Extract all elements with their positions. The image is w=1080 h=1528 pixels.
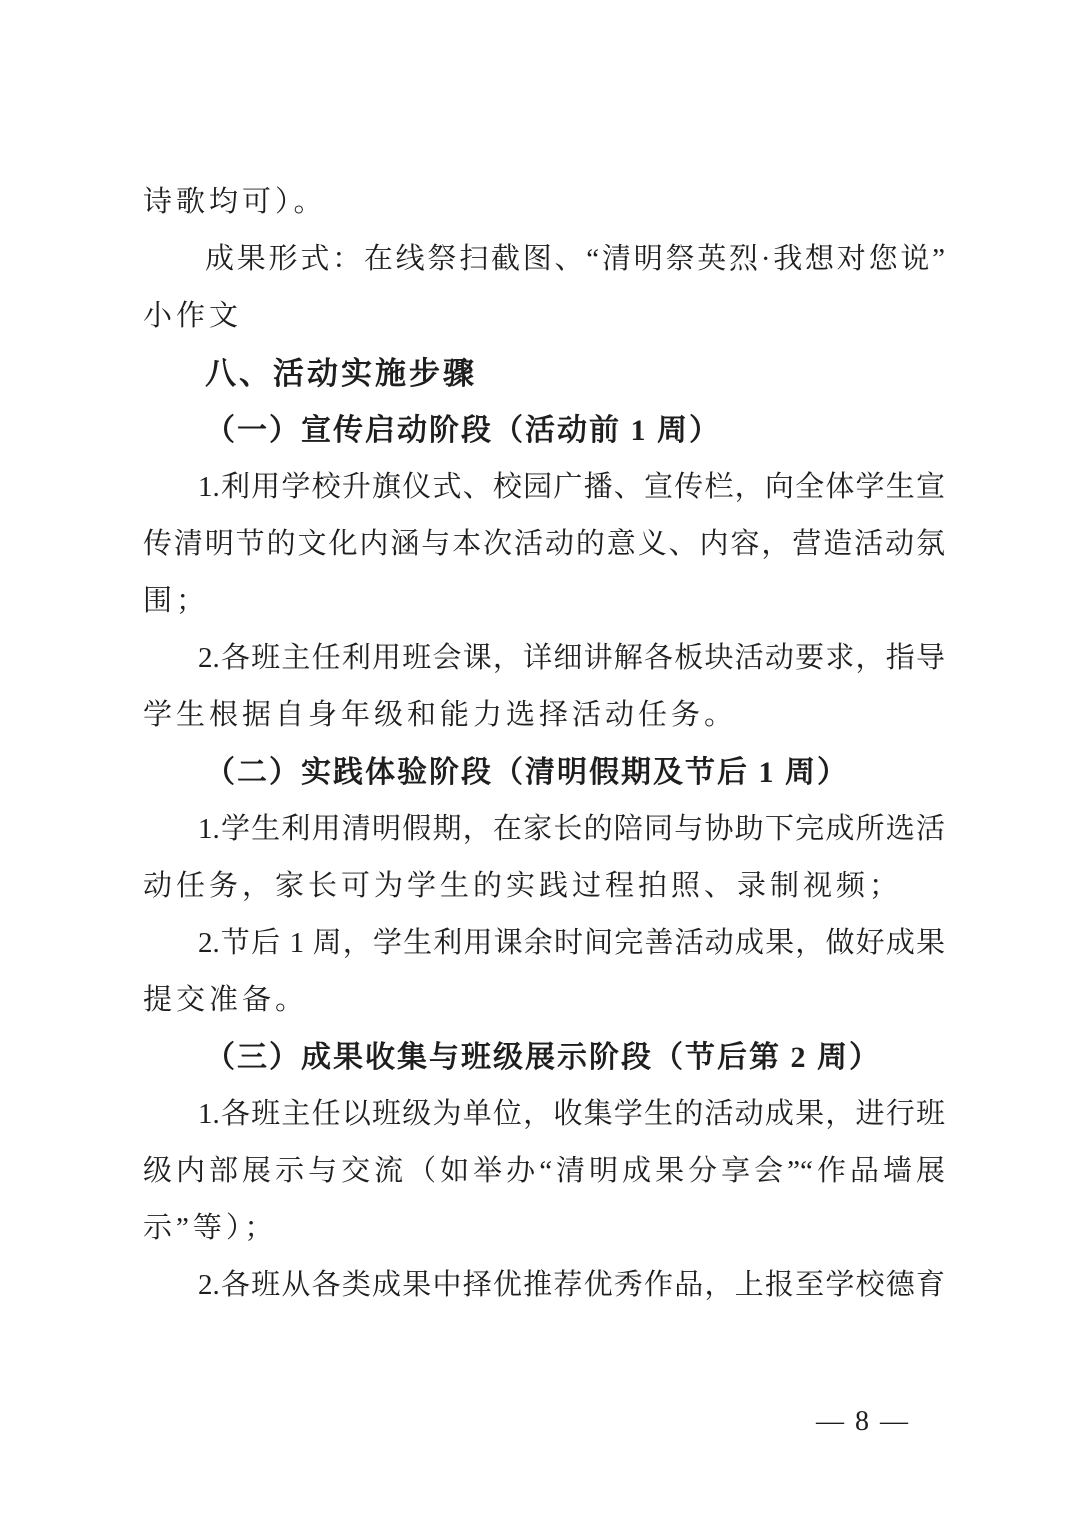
text-line: 2.节后 1 周，学生利用课余时间完善活动成果，做好成果: [143, 915, 945, 972]
text-line: 诗歌均可）。: [143, 174, 945, 231]
text-line: （二）实践体验阶段（清明假期及节后 1 周）: [143, 744, 945, 801]
text-line: 2.各班主任利用班会课，详细讲解各板块活动要求，指导: [143, 630, 945, 687]
text-line: （一）宣传启动阶段（活动前 1 周）: [143, 402, 945, 459]
text-line: 示”等）；: [143, 1200, 945, 1257]
text-line: 学生根据自身年级和能力选择活动任务。: [143, 687, 945, 744]
document-body: 诗歌均可）。成果形式：在线祭扫截图、“清明祭英烈·我想对您说”小作文八、活动实施…: [143, 174, 945, 1314]
document-page: 诗歌均可）。成果形式：在线祭扫截图、“清明祭英烈·我想对您说”小作文八、活动实施…: [0, 0, 1080, 1528]
text-line: 动任务，家长可为学生的实践过程拍照、录制视频；: [143, 858, 945, 915]
page-number: — 8 —: [763, 1398, 963, 1446]
text-line: （三）成果收集与班级展示阶段（节后第 2 周）: [143, 1029, 945, 1086]
text-line: 1.各班主任以班级为单位，收集学生的活动成果，进行班: [143, 1086, 945, 1143]
text-line: 1.利用学校升旗仪式、校园广播、宣传栏，向全体学生宣: [143, 459, 945, 516]
text-line: 八、活动实施步骤: [143, 345, 945, 402]
text-line: 围；: [143, 573, 945, 630]
text-line: 级内部展示与交流（如举办“清明成果分享会”“作品墙展: [143, 1143, 945, 1200]
text-line: 小作文: [143, 288, 945, 345]
text-line: 提交准备。: [143, 972, 945, 1029]
text-line: 2.各班从各类成果中择优推荐优秀作品，上报至学校德育: [143, 1257, 945, 1314]
text-line: 1.学生利用清明假期，在家长的陪同与协助下完成所选活: [143, 801, 945, 858]
text-line: 成果形式：在线祭扫截图、“清明祭英烈·我想对您说”: [143, 231, 945, 288]
text-line: 传清明节的文化内涵与本次活动的意义、内容，营造活动氛: [143, 516, 945, 573]
